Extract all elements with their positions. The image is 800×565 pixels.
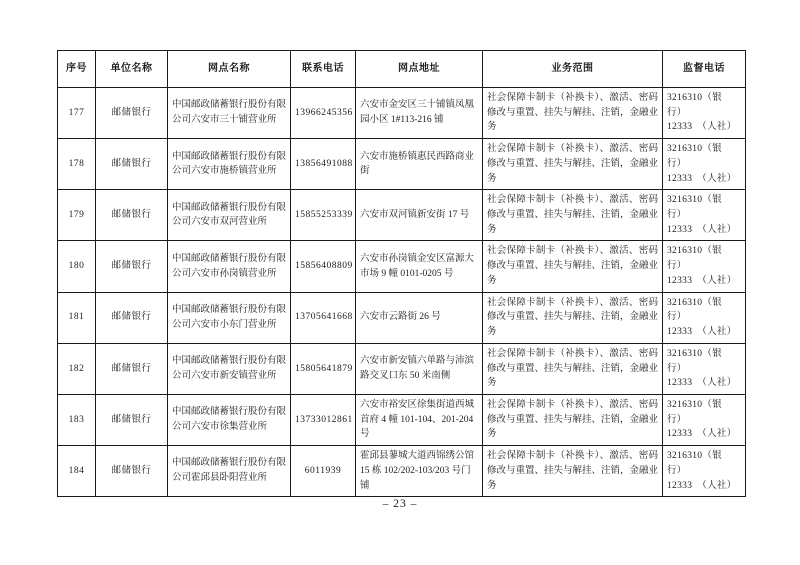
cell-unit-name: 邮储银行 [96,88,168,139]
cell-contact-phone: 13733012861 [291,394,356,445]
cell-unit-name: 邮储银行 [96,343,168,394]
cell-branch-address: 六安市金安区三十铺镇凤凰园小区 1#113-216 铺 [356,88,483,139]
cell-supervision-phone: 3216310（银行） 12333 （人社） [663,446,746,497]
cell-business-scope: 社会保障卡制卡（补换卡）、激活、密码修改与重置、挂失与解挂、注销，金融业务 [483,139,663,190]
table-row: 180 邮储银行 中国邮政储蓄银行股份有限公司六安市孙岗镇营业所 1585640… [58,241,746,292]
cell-contact-phone: 15855253339 [291,190,356,241]
cell-branch-name: 中国邮政储蓄银行股份有限公司六安市三十铺营业所 [168,88,291,139]
cell-branch-address: 六安市施桥镇惠民西路商业街 [356,139,483,190]
cell-supervision-phone: 3216310（银行） 12333 （人社） [663,394,746,445]
cell-unit-name: 邮储银行 [96,241,168,292]
cell-contact-phone: 15805641879 [291,343,356,394]
table-row: 183 邮储银行 中国邮政储蓄银行股份有限公司六安市徐集营业所 13733012… [58,394,746,445]
cell-contact-phone: 15856408809 [291,241,356,292]
cell-branch-address: 六安市新安镇六单路与沛滨路交叉口东 50 米南侧 [356,343,483,394]
cell-contact-phone: 13966245356 [291,88,356,139]
table-row: 177 邮储银行 中国邮政储蓄银行股份有限公司六安市三十铺营业所 1396624… [58,88,746,139]
col-header-branch: 网点名称 [168,51,291,88]
cell-unit-name: 邮储银行 [96,394,168,445]
table-body: 177 邮储银行 中国邮政储蓄银行股份有限公司六安市三十铺营业所 1396624… [58,88,746,497]
cell-branch-name: 中国邮政储蓄银行股份有限公司六安市新安镇营业所 [168,343,291,394]
document-page: 序号 单位名称 网点名称 联系电话 网点地址 业务范围 监督电话 177 邮储银… [0,0,800,565]
col-header-index: 序号 [58,51,96,88]
cell-unit-name: 邮储银行 [96,446,168,497]
col-header-supervision: 监督电话 [663,51,746,88]
cell-branch-name: 中国邮政储蓄银行股份有限公司六安市孙岗镇营业所 [168,241,291,292]
cell-business-scope: 社会保障卡制卡（补换卡）、激活、密码修改与重置、挂失与解挂、注销，金融业务 [483,241,663,292]
cell-branch-name: 中国邮政储蓄银行股份有限公司六安市小东门营业所 [168,292,291,343]
header-row: 序号 单位名称 网点名称 联系电话 网点地址 业务范围 监督电话 [58,51,746,88]
cell-branch-address: 霍邱县蓼城大道西锦绣公馆 15 栋 102/202-103/203 号门铺 [356,446,483,497]
table-row: 184 邮储银行 中国邮政储蓄银行股份有限公司霍邱县卧阳营业所 6011939 … [58,446,746,497]
col-header-phone: 联系电话 [291,51,356,88]
page-number: – 23 – [0,498,800,510]
table-row: 178 邮储银行 中国邮政储蓄银行股份有限公司六安市施桥镇营业所 1385649… [58,139,746,190]
col-header-address: 网点地址 [356,51,483,88]
cell-branch-name: 中国邮政储蓄银行股份有限公司六安市徐集营业所 [168,394,291,445]
cell-supervision-phone: 3216310（银行） 12333 （人社） [663,139,746,190]
cell-index: 178 [58,139,96,190]
cell-branch-address: 六安市裕安区徐集街道西城首府 4 幢 101-104、201-204 号 [356,394,483,445]
cell-branch-name: 中国邮政储蓄银行股份有限公司六安市施桥镇营业所 [168,139,291,190]
cell-index: 180 [58,241,96,292]
cell-supervision-phone: 3216310（银行） 12333 （人社） [663,88,746,139]
cell-branch-address: 六安市双河镇新安街 17 号 [356,190,483,241]
table-row: 179 邮储银行 中国邮政储蓄银行股份有限公司六安市双河营业所 15855253… [58,190,746,241]
cell-index: 184 [58,446,96,497]
cell-contact-phone: 13705641668 [291,292,356,343]
cell-index: 179 [58,190,96,241]
cell-contact-phone: 13856491088 [291,139,356,190]
table-header: 序号 单位名称 网点名称 联系电话 网点地址 业务范围 监督电话 [58,51,746,88]
cell-unit-name: 邮储银行 [96,292,168,343]
cell-business-scope: 社会保障卡制卡（补换卡）、激活、密码修改与重置、挂失与解挂、注销，金融业务 [483,88,663,139]
col-header-unit: 单位名称 [96,51,168,88]
cell-business-scope: 社会保障卡制卡（补换卡）、激活、密码修改与重置、挂失与解挂、注销，金融业务 [483,292,663,343]
cell-supervision-phone: 3216310（银行） 12333 （人社） [663,343,746,394]
cell-index: 181 [58,292,96,343]
cell-supervision-phone: 3216310（银行） 12333 （人社） [663,190,746,241]
col-header-scope: 业务范围 [483,51,663,88]
cell-unit-name: 邮储银行 [96,190,168,241]
cell-supervision-phone: 3216310（银行） 12333 （人社） [663,292,746,343]
cell-unit-name: 邮储银行 [96,139,168,190]
cell-index: 177 [58,88,96,139]
cell-branch-name: 中国邮政储蓄银行股份有限公司霍邱县卧阳营业所 [168,446,291,497]
cell-business-scope: 社会保障卡制卡（补换卡）、激活、密码修改与重置、挂失与解挂、注销，金融业务 [483,446,663,497]
cell-index: 182 [58,343,96,394]
cell-branch-address: 六安市云路街 26 号 [356,292,483,343]
cell-business-scope: 社会保障卡制卡（补换卡）、激活、密码修改与重置、挂失与解挂、注销，金融业务 [483,394,663,445]
cell-branch-address: 六安市孙岗镇金安区富源大市场 9 幢 0101-0205 号 [356,241,483,292]
cell-business-scope: 社会保障卡制卡（补换卡）、激活、密码修改与重置、挂失与解挂、注销，金融业务 [483,190,663,241]
table-row: 181 邮储银行 中国邮政储蓄银行股份有限公司六安市小东门营业所 1370564… [58,292,746,343]
cell-supervision-phone: 3216310（银行） 12333 （人社） [663,241,746,292]
cell-business-scope: 社会保障卡制卡（补换卡）、激活、密码修改与重置、挂失与解挂、注销，金融业务 [483,343,663,394]
cell-index: 183 [58,394,96,445]
table-row: 182 邮储银行 中国邮政储蓄银行股份有限公司六安市新安镇营业所 1580564… [58,343,746,394]
cell-contact-phone: 6011939 [291,446,356,497]
cell-branch-name: 中国邮政储蓄银行股份有限公司六安市双河营业所 [168,190,291,241]
bank-branch-table: 序号 单位名称 网点名称 联系电话 网点地址 业务范围 监督电话 177 邮储银… [57,50,746,497]
